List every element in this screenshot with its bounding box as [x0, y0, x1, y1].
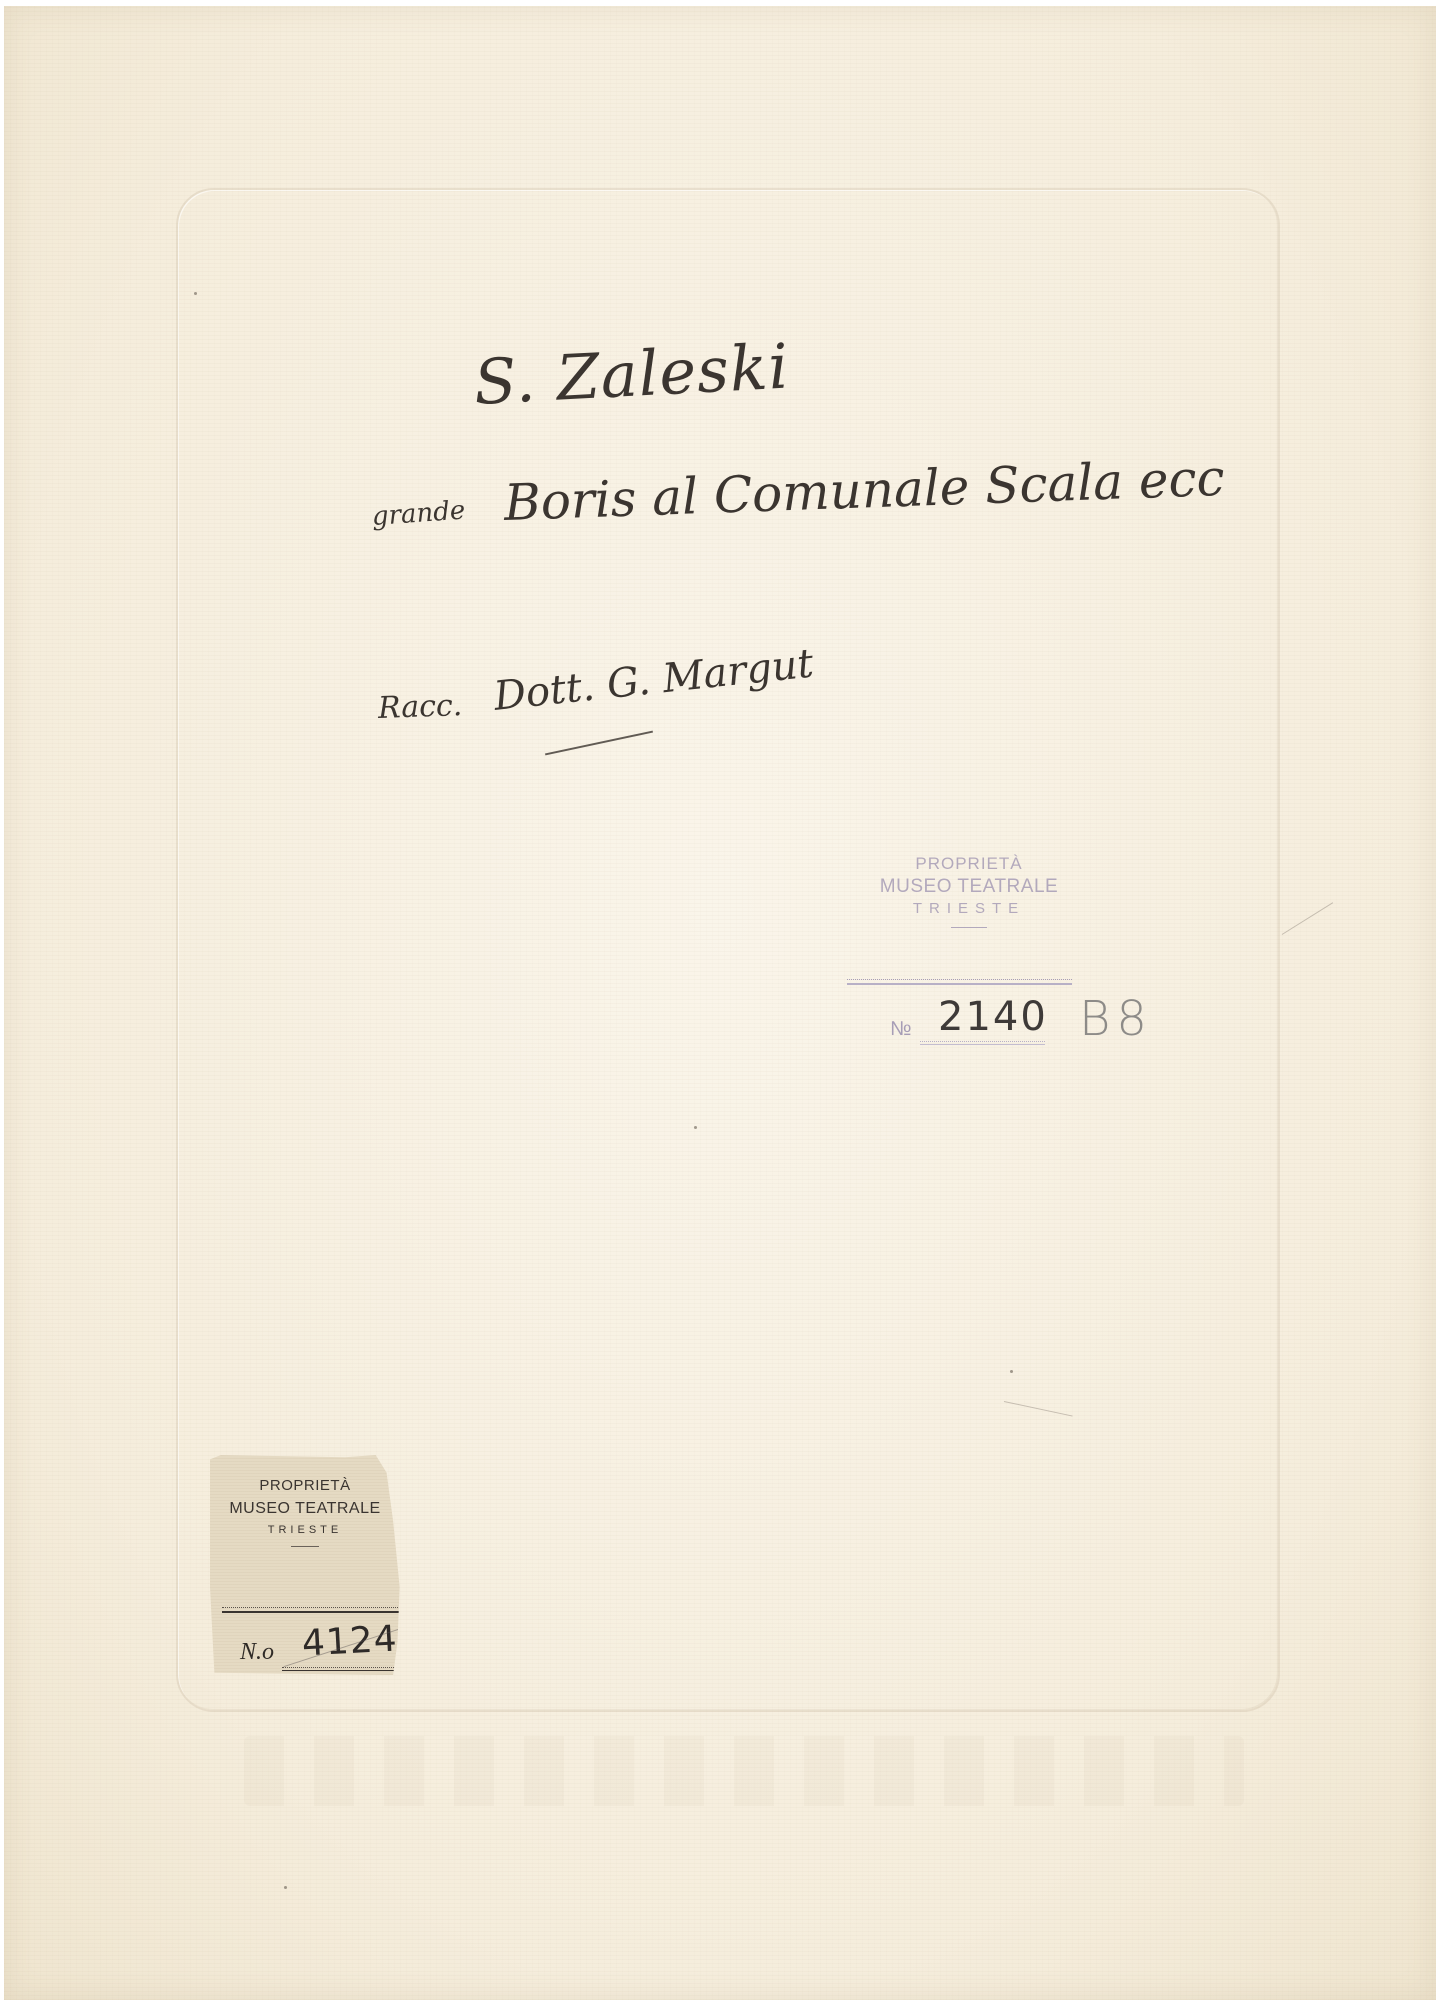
- label-number-prefix: N.o: [240, 1639, 274, 1666]
- stamp-number-rule: [920, 1041, 1045, 1045]
- stamp-line-proprieta: PROPRIETÀ: [854, 854, 1084, 874]
- stamp-line-museo: MUSEO TEATRALE: [854, 876, 1084, 898]
- stamp-number-prefix: №: [890, 1018, 911, 1041]
- inventory-number: 2140: [938, 994, 1048, 1040]
- paper-speck: [694, 1126, 697, 1129]
- label-number-rule: [282, 1667, 402, 1671]
- embossed-footer-band: [244, 1736, 1244, 1806]
- stamp-rule: [847, 979, 1072, 985]
- paper-speck: [1010, 1370, 1013, 1373]
- pencil-stray-mark: [1282, 902, 1333, 935]
- scanned-page: S. Zaleski grande Boris al Comunale Scal…: [4, 6, 1436, 2000]
- paper-speck: [194, 292, 197, 295]
- label-divider: [291, 1546, 319, 1547]
- label-line-museo: MUSEO TEATRALE: [210, 1500, 400, 1518]
- paper-speck: [284, 1886, 287, 1889]
- label-rule: [222, 1607, 418, 1613]
- label-line-trieste: TRIESTE: [210, 1524, 400, 1536]
- stamp-line-trieste: TRIESTE: [854, 900, 1084, 917]
- stamp-divider: [951, 927, 987, 928]
- handwritten-receipt-label: Racc.: [377, 688, 462, 726]
- pencil-shelf-mark: B8: [1079, 991, 1153, 1047]
- label-number: 4124: [301, 1619, 399, 1665]
- museum-ink-stamp: PROPRIETÀ MUSEO TEATRALE TRIESTE: [854, 854, 1084, 928]
- label-line-proprieta: PROPRIETÀ: [210, 1477, 400, 1494]
